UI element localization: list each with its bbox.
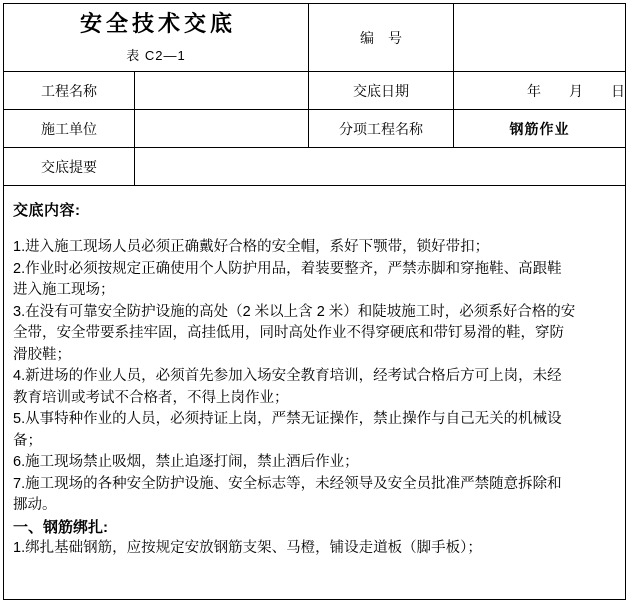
project-name-value-cell [135, 72, 309, 110]
summary-label: 交底提要 [4, 148, 135, 186]
safety-disclosure-form: 安全技术交底 表 C2—1 编 号 工程名称 交底日期 年 月 日 施工单位 分… [3, 3, 625, 565]
form-title: 安全技术交底 [4, 11, 308, 37]
disclosure-content-cell: 交底内容: 1.进入施工现场人员必须正确戴好合格的安全帽，系好下颚带，锁好带扣；… [4, 186, 626, 566]
content-item-2: 2.作业时必须按规定正确使用个人防护用品，着装要整齐，严禁赤脚和穿拖鞋、高跟鞋 … [13, 259, 613, 302]
construction-unit-value-cell [135, 110, 309, 148]
project-name-label: 工程名称 [4, 72, 135, 110]
content-item-3: 3.在没有可靠安全防护设施的高处（2 米以上含 2 米）和陡坡施工时，必须系好合… [13, 302, 613, 367]
disclosure-table: 安全技术交底 表 C2—1 编 号 工程名称 交底日期 年 月 日 施工单位 分… [3, 3, 626, 565]
summary-value-cell [135, 148, 626, 186]
content-item-5: 5.从事特种作业的人员，必须持证上岗，严禁无证操作，禁止操作与自己无关的机械设 … [13, 409, 613, 452]
section-heading-rebar-tying: 一、钢筋绑扎: [13, 517, 613, 539]
disclosure-date-label: 交底日期 [309, 72, 454, 110]
subproject-name-label: 分项工程名称 [309, 110, 454, 148]
form-code: 表 C2—1 [4, 45, 308, 64]
content-item-6: 6.施工现场禁止吸烟，禁止追逐打闹，禁止酒后作业； [13, 452, 613, 474]
content-item-4: 4.新进场的作业人员，必须首先参加入场安全教育培训，经考试合格后方可上岗，未经 … [13, 366, 613, 409]
content-item-1: 1.进入施工现场人员必须正确戴好合格的安全帽，系好下颚带，锁好带扣； [13, 237, 613, 259]
disclosure-date-value-cell: 年 月 日 [454, 72, 626, 110]
number-value-cell [454, 4, 626, 72]
content-heading: 交底内容: [13, 199, 613, 220]
title-cell: 安全技术交底 表 C2—1 [4, 4, 309, 72]
construction-unit-label: 施工单位 [4, 110, 135, 148]
subproject-name-value: 钢筋作业 [454, 110, 626, 148]
content-item-7: 7.施工现场的各种安全防护设施、安全标志等，未经领导及安全员批准严禁随意拆除和 … [13, 474, 613, 517]
section-item-1: 1.绑扎基础钢筋，应按规定安放钢筋支架、马橙，铺设走道板（脚手板）； [13, 538, 613, 560]
number-label: 编 号 [309, 4, 454, 72]
